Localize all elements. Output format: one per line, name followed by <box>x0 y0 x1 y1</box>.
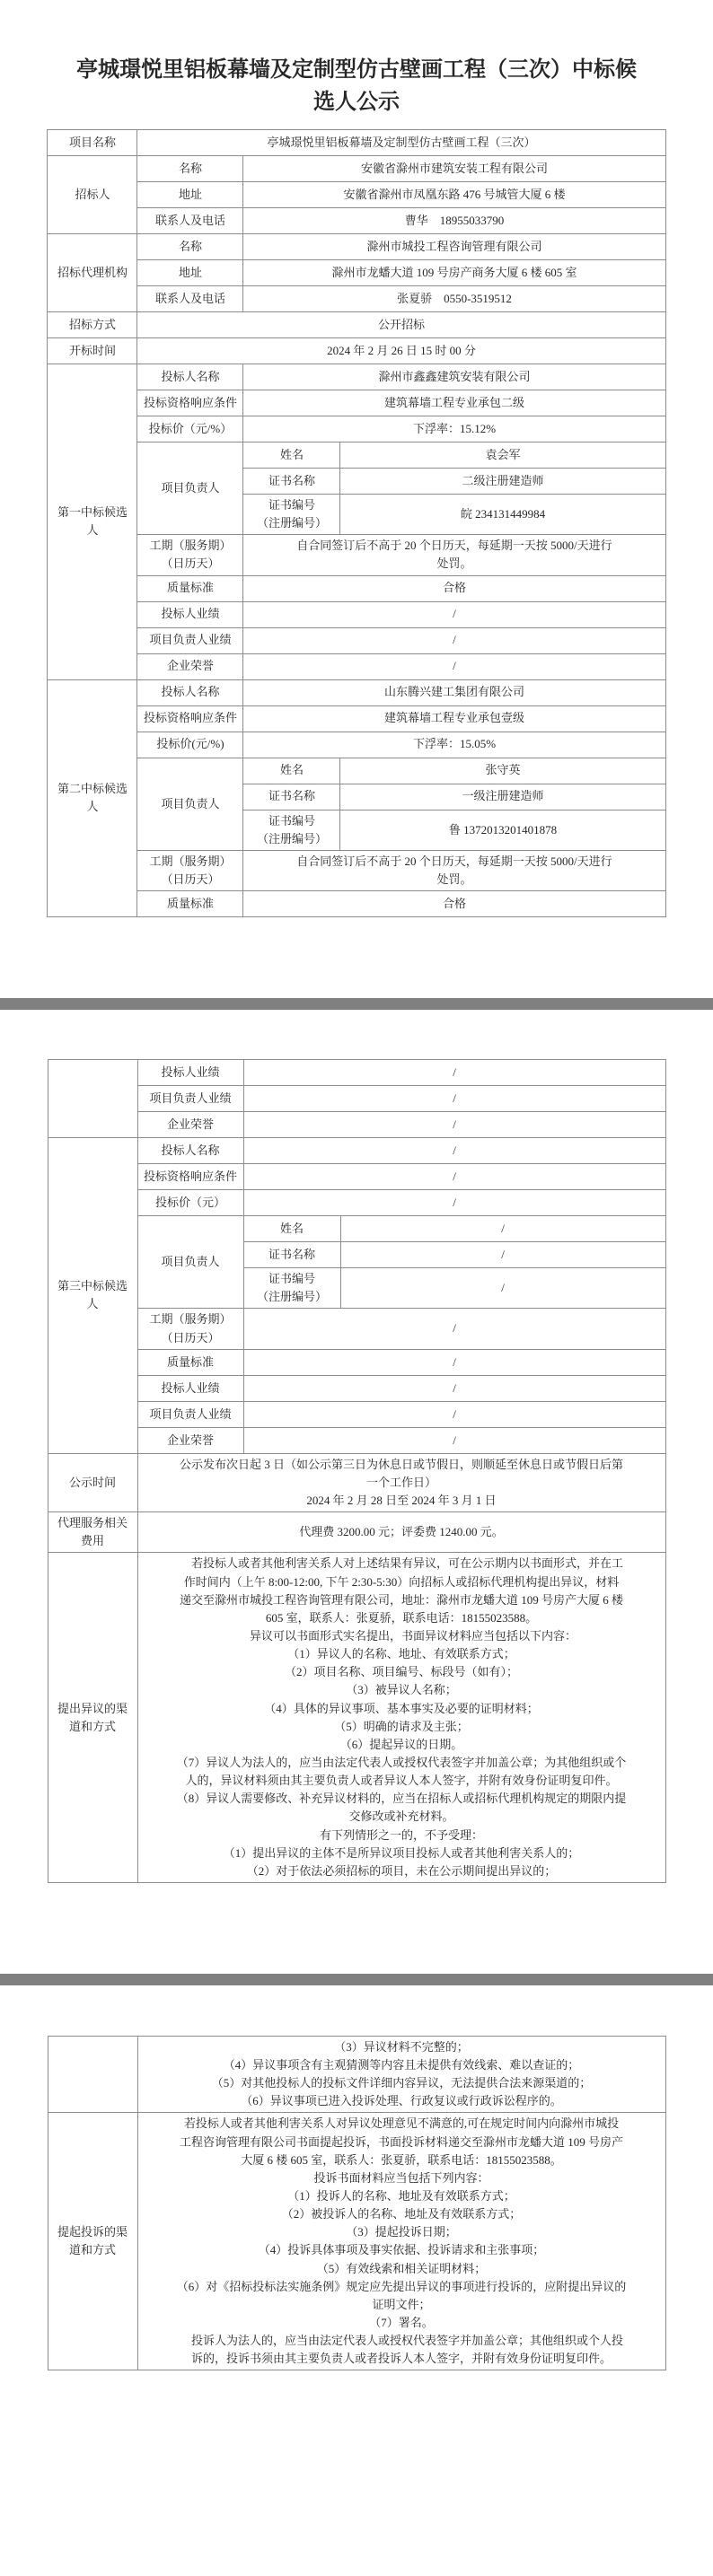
label-honor-c1: 企业荣誉 <box>137 653 243 679</box>
announcement-table-page-2: 投标人业绩 / 项目负责人业绩 / 企业荣誉 / 第三中标候选人 投标人名称 /… <box>48 1059 666 1883</box>
label-bidder-name-c2: 投标人名称 <box>137 679 243 705</box>
value-pm-name-c2: 张守英 <box>340 758 665 784</box>
value-bidder-name-c2: 山东腾兴建工集团有限公司 <box>243 679 665 705</box>
label-bidder-perf-c2: 投标人业绩 <box>137 1060 243 1086</box>
value-tenderer-address: 安徽省滁州市凤凰东路 476 号城管大厦 6 楼 <box>243 182 665 208</box>
value-qualification-c3: / <box>243 1164 665 1190</box>
label-agency-fee: 代理服务相关费用 <box>48 1512 137 1553</box>
page-gap <box>0 1985 713 2036</box>
label-quality-c3: 质量标准 <box>137 1349 243 1375</box>
value-objection-channel: 若投标人或者其他利害关系人对上述结果有异议，可在公示期内以书面形式，并在工 作时… <box>137 1553 665 1883</box>
value-quality-c1: 合格 <box>243 575 665 601</box>
value-bidder-name-c1: 滁州市鑫鑫建筑安装有限公司 <box>243 364 665 390</box>
label-pm-perf-c1: 项目负责人业绩 <box>137 627 243 653</box>
value-bid-price-c2: 下浮率：15.05% <box>243 732 665 758</box>
section-label-candidate-1: 第一中标候选人 <box>48 364 137 680</box>
page-separator-1 <box>0 998 713 1010</box>
label-cert-name-c3: 证书名称 <box>243 1242 340 1268</box>
value-tenderer-name: 安徽省滁州市建筑安装工程有限公司 <box>243 156 665 182</box>
page-gap <box>0 1883 713 1974</box>
page-separator-2 <box>0 1974 713 1985</box>
label-objection-channel: 提出异议的渠道和方式 <box>48 1553 137 1883</box>
label-cert-no-c1: 证书编号 （注册编号） <box>243 495 340 535</box>
value-cert-name-c3: / <box>340 1242 665 1268</box>
value-duration-c2: 自合同签订后不高于 20 个日历天，每延期一天按 5000/天进行 处罚。 <box>243 850 665 890</box>
label-bidder-name-c3: 投标人名称 <box>137 1138 243 1164</box>
label-honor-c3: 企业荣誉 <box>137 1427 243 1453</box>
value-project-name: 亭城璟悦里铝板幕墙及定制型仿古壁画工程（三次） <box>137 130 665 156</box>
value-cert-no-c3: / <box>340 1268 665 1309</box>
label-project-manager-c3: 项目负责人 <box>137 1216 243 1309</box>
label-pm-name-c1: 姓名 <box>243 442 340 469</box>
label-project-name: 项目名称 <box>48 130 137 156</box>
section-label-candidate-2-continued <box>48 1060 137 1138</box>
label-agency-address: 地址 <box>137 260 243 286</box>
value-pm-name-c1: 袁会军 <box>340 442 665 469</box>
label-honor-c2: 企业荣誉 <box>137 1112 243 1138</box>
value-bidder-perf-c2: / <box>243 1060 665 1086</box>
value-duration-c3: / <box>243 1309 665 1349</box>
label-bidder-perf-c3: 投标人业绩 <box>137 1375 243 1401</box>
page-gap <box>0 917 713 998</box>
value-pm-perf-c3: / <box>243 1401 665 1427</box>
value-bid-price-c3: / <box>243 1190 665 1216</box>
label-tenderer-contact: 联系人及电话 <box>137 208 243 234</box>
value-bidder-name-c3: / <box>243 1138 665 1164</box>
value-cert-no-c1: 皖 234131449984 <box>340 495 665 535</box>
value-agency-name: 滁州市城投工程咨询管理有限公司 <box>243 234 665 260</box>
value-qualification-c2: 建筑幕墙工程专业承包壹级 <box>243 705 665 732</box>
announcement-page: { "colors": { "background": "#ffffff", "… <box>0 0 713 2576</box>
value-honor-c1: / <box>243 653 665 679</box>
label-bidder-name-c1: 投标人名称 <box>137 364 243 390</box>
label-pm-perf-c2: 项目负责人业绩 <box>137 1086 243 1112</box>
label-bid-price-c1: 投标价（元/%） <box>137 416 243 442</box>
value-honor-c3: / <box>243 1427 665 1453</box>
section-label-candidate-3: 第三中标候选人 <box>48 1138 137 1454</box>
value-pm-perf-c2: / <box>243 1086 665 1112</box>
value-bid-price-c1: 下浮率：15.12% <box>243 416 665 442</box>
label-cert-name-c1: 证书名称 <box>243 469 340 495</box>
label-qualification-c1: 投标资格响应条件 <box>137 390 243 416</box>
section-label-candidate-2: 第二中标候选人 <box>48 679 137 917</box>
label-cert-name-c2: 证书名称 <box>243 784 340 810</box>
value-pm-name-c3: / <box>340 1216 665 1242</box>
value-agency-address: 滁州市龙蟠大道 109 号房产商务大厦 6 楼 605 室 <box>243 260 665 286</box>
label-project-manager-c1: 项目负责人 <box>137 442 243 535</box>
label-bid-opening-time: 开标时间 <box>48 338 137 364</box>
label-project-manager-c2: 项目负责人 <box>137 758 243 850</box>
section-label-agency: 招标代理机构 <box>48 234 137 312</box>
label-tenderer-name: 名称 <box>137 156 243 182</box>
value-cert-no-c2: 鲁 1372013201401878 <box>340 810 665 850</box>
label-agency-name: 名称 <box>137 234 243 260</box>
label-pm-name-c2: 姓名 <box>243 758 340 784</box>
label-complaint-channel: 提起投诉的渠道和方式 <box>48 2113 137 2370</box>
value-complaint-channel: 若投标人或者其他利害关系人对异议处理意见不满意的,可在规定时间内向滁州市城投 工… <box>137 2113 665 2370</box>
label-objection-channel-continued <box>48 2036 137 2113</box>
value-agency-contact: 张夏骄 0550-3519512 <box>243 286 665 312</box>
value-honor-c2: / <box>243 1112 665 1138</box>
label-publicity-time: 公示时间 <box>48 1453 137 1511</box>
value-quality-c2: 合格 <box>243 891 665 917</box>
label-duration-c3: 工期（服务期） （日历天） <box>137 1309 243 1349</box>
document-title: 亭城璟悦里铝板幕墙及定制型仿古壁画工程（三次）中标候 选人公示 <box>60 0 653 118</box>
value-pm-perf-c1: / <box>243 627 665 653</box>
value-bidder-perf-c3: / <box>243 1375 665 1401</box>
announcement-table-page-1: 项目名称 亭城璟悦里铝板幕墙及定制型仿古壁画工程（三次） 招标人 名称 安徽省滁… <box>47 129 665 917</box>
label-bid-price-c3: 投标价（元） <box>137 1190 243 1216</box>
value-publicity-time: 公示发布次日起 3 日（如公示第三日为休息日或节假日，则顺延至休息日或节假日后第… <box>137 1453 665 1511</box>
value-duration-c1: 自合同签订后不高于 20 个日历天，每延期一天按 5000/天进行 处罚。 <box>243 535 665 575</box>
label-duration-c1: 工期（服务期） （日历天） <box>137 535 243 575</box>
label-cert-no-c2: 证书编号 （注册编号） <box>243 810 340 850</box>
value-objection-channel-continued: （3）异议材料不完整的； （4）异议事项含有主观猜测等内容且未提供有效线索、难以… <box>137 2036 665 2113</box>
label-qualification-c2: 投标资格响应条件 <box>137 705 243 732</box>
value-tender-method: 公开招标 <box>137 312 665 338</box>
label-quality-c1: 质量标准 <box>137 575 243 601</box>
label-tenderer-address: 地址 <box>137 182 243 208</box>
label-qualification-c3: 投标资格响应条件 <box>137 1164 243 1190</box>
label-cert-no-c3: 证书编号 （注册编号） <box>243 1268 340 1309</box>
label-bidder-perf-c1: 投标人业绩 <box>137 601 243 627</box>
value-bid-opening-time: 2024 年 2 月 26 日 15 时 00 分 <box>137 338 665 364</box>
value-quality-c3: / <box>243 1349 665 1375</box>
label-quality-c2: 质量标准 <box>137 891 243 917</box>
label-pm-perf-c3: 项目负责人业绩 <box>137 1401 243 1427</box>
label-pm-name-c3: 姓名 <box>243 1216 340 1242</box>
label-bid-price-c2: 投标价(元/%) <box>137 732 243 758</box>
value-cert-name-c2: 一级注册建造师 <box>340 784 665 810</box>
value-agency-fee: 代理费 3200.00 元；评委费 1240.00 元。 <box>137 1512 665 1553</box>
page-gap <box>0 1010 713 1059</box>
value-tenderer-contact: 曹华 18955033790 <box>243 208 665 234</box>
label-agency-contact: 联系人及电话 <box>137 286 243 312</box>
section-label-tenderer: 招标人 <box>48 156 137 234</box>
announcement-table-page-3: （3）异议材料不完整的； （4）异议事项含有主观猜测等内容且未提供有效线索、难以… <box>48 2036 666 2371</box>
value-bidder-perf-c1: / <box>243 601 665 627</box>
label-tender-method: 招标方式 <box>48 312 137 338</box>
label-duration-c2: 工期（服务期） （日历天） <box>137 850 243 890</box>
value-qualification-c1: 建筑幕墙工程专业承包二级 <box>243 390 665 416</box>
value-cert-name-c1: 二级注册建造师 <box>340 469 665 495</box>
